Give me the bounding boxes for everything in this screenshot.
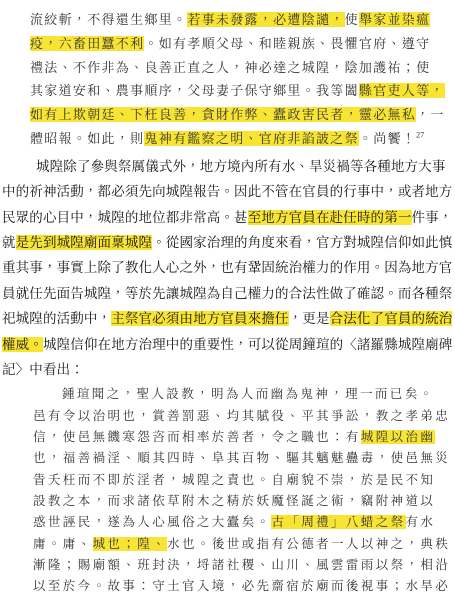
text-segment: 邑有令以治明也，賞善罰惡、均其賦役、平其爭訟，教之孝弟忠 (33, 409, 450, 423)
text-segment: 記〉中看出： (2, 362, 84, 377)
footnote-marker: 27 (416, 131, 424, 140)
text-segment: 也，福善禍淫、順其四時、阜其百物、驅其魑魅蠱毒，使邑無災 (33, 451, 450, 465)
highlighted-text: 古「周禮」八蜡之祭 (271, 515, 405, 529)
text-line: 如有上欺朝廷、下枉良善，貪財作弊、蠹政害民者，靈必無私，一 (30, 103, 429, 127)
text-line: 庸。庸、城也；隍、水也。後世或指有公德者一人以神之，典秩 (33, 534, 441, 555)
text-segment: 使 (345, 12, 359, 27)
text-segment: 城隍除了參與祭厲儀式外，地方境內所有水、旱災禍等各種地方大事 (36, 159, 446, 174)
text-segment: 城隍信仰在地方治理中的重要性，可以從周鐘瑄的〈諸羅縣城隍廟碑 (43, 337, 453, 352)
text-line: 惑世誣民，遂為人心風俗之大蠹矣。古「周禮」八蜡之祭有水 (33, 512, 441, 533)
text-line: 權威。城隍信仰在地方治理中的重要性，可以從周鐘瑄的〈諸羅縣城隍廟碑 (2, 332, 453, 357)
highlighted-text: 合法化了官員的統治 (330, 311, 453, 326)
highlighted-text: 縣官吏人等， (359, 83, 445, 98)
text-line: 民眾的心目中，城隍的地位都非常高。甚至地方官員在赴任時的第一件事， (2, 205, 453, 230)
text-line: 疫，六畜田蠶不利。如有孝順父母、和睦親族、畏懼官府、遵守 (30, 32, 429, 56)
highlighted-text: 主祭官必須由地方官員來擔任 (111, 311, 288, 326)
highlighted-text: 權威。 (2, 337, 43, 352)
text-line: 眚夭枉而不即於淫者，城隍之責也。自廟貌不崇，於是民不知 (33, 470, 441, 491)
text-line: 其家道安和、農事順序，父母妻子保守鄉里。我等闔縣官吏人等， (30, 79, 429, 103)
text-line: 鍾瑄聞之，聖人設教，明為人而幽為鬼神，理一而已矣。 (33, 384, 441, 405)
text-line: 重其事，事實上除了教化人心之外，也有鞏固統治權力的作用。因為地方官 (2, 255, 453, 280)
text-line: 以至於今。故事：守土官入境，必先齋宿於廟而後視事；水旱必 (33, 576, 441, 597)
highlighted-text: 至地方官員在赴任時的第一 (248, 210, 412, 225)
text-segment: 眚夭枉而不即於淫者，城隍之責也。自廟貌不崇，於是民不知 (33, 473, 435, 487)
text-segment: ，一 (416, 107, 445, 122)
highlighted-text: 若事未發露，必遭陰譴， (187, 12, 344, 27)
text-line: 也，福善禍淫、順其四時、阜其百物、驅其魑魅蠱毒，使邑無災 (33, 448, 441, 469)
text-line: 漸隆；賜廟額、班封決，埒諸社稷、山川、風雲雷雨以祭，相沿 (33, 555, 441, 576)
text-segment: 重其事，事實上除了教化人心之外，也有鞏固統治權力的作用。因為地方官 (2, 260, 452, 275)
text-line: 流絞斬，不得還生鄉里。若事未發露，必遭陰譴，使舉家並染瘟 (30, 8, 429, 32)
text-segment: 設教之本，而求諸依草附木之精於妖魔怪誕之術，竊附神道以 (33, 494, 435, 508)
text-line: 記〉中看出： (2, 357, 453, 382)
text-segment: 庸。庸、 (33, 537, 93, 551)
text-segment: 惑世誣民，遂為人心風俗之大蠹矣。 (33, 515, 271, 529)
scanned-book-page: 流絞斬，不得還生鄉里。若事未發露，必遭陰譴，使舉家並染瘟疫，六畜田蠶不利。如有孝… (0, 8, 455, 600)
text-segment: 民眾的心目中，城隍的地位都非常高。甚 (2, 210, 248, 225)
highlighted-text: 城隍以治幽 (361, 430, 436, 444)
text-segment: 體昭報。如此，則 (30, 131, 144, 146)
text-segment: ，更是 (289, 311, 330, 326)
main-paragraph: 城隍除了參與祭厲儀式外，地方境內所有水、旱災禍等各種地方大事中的祈神活動，都必須… (2, 154, 453, 383)
text-segment: 漸隆；賜廟額、班封決，埒諸社稷、山川、風雲雷雨以祭，相沿 (33, 558, 450, 572)
text-line: 設教之本，而求諸依草附木之精於妖魔怪誕之術，竊附神道以 (33, 491, 441, 512)
text-line: 中的祈神活動，都必須先向城隍報告。因此不管在官員的行事中，或者地方 (2, 179, 453, 204)
text-segment: 。如有孝順父母、和睦親族、畏懼官府、遵守 (144, 36, 430, 51)
text-line: 邑有令以治明也，賞善罰惡、均其賦役、平其爭訟，教之孝弟忠 (33, 406, 441, 427)
text-line: 祀城隍的活動中，主祭官必須由地方官員來擔任，更是合法化了官員的統治 (2, 306, 453, 331)
text-line: 體昭報。如此，則鬼神有鑑察之明、官府非諂詖之祭。尚饗！27 (30, 127, 429, 151)
text-segment: 流絞斬，不得還生鄉里。 (30, 12, 187, 27)
text-line: 城隍除了參與祭厲儀式外，地方境內所有水、旱災禍等各種地方大事 (2, 154, 453, 179)
text-line: 信，使邑無饑寒怨咨而相率於善者，令之職也：有城隍以治幽 (33, 427, 441, 448)
highlighted-text: 是先到城隍廟面稟城隍 (16, 235, 153, 250)
highlighted-text: 如有上欺朝廷、下枉良善，貪財作弊、蠹政害民者，靈必無私 (30, 107, 416, 122)
text-segment: 信，使邑無饑寒怨咨而相率於善者，令之職也：有 (33, 430, 361, 444)
text-segment: 件事， (412, 210, 453, 225)
text-segment: 禮法、不作非為、良善正直之人，神必達之城隍，陰加護祐；使 (30, 60, 430, 75)
stele-inscription-quote: 鍾瑄聞之，聖人設教，明為人而幽為鬼神，理一而已矣。邑有令以治明也，賞善罰惡、均其… (33, 384, 441, 597)
text-segment: 祀城隍的活動中， (2, 311, 111, 326)
highlighted-text: 舉家並染瘟 (359, 12, 431, 27)
text-segment: 以至於今。故事：守土官入境，必先齋宿於廟而後視事；水旱必 (33, 579, 450, 593)
text-segment: 水也。後世或指有公德者一人以神之，典秩 (167, 537, 450, 551)
text-segment: 就 (2, 235, 16, 250)
text-segment: 其家道安和、農事順序，父母妻子保守鄉里。我等闔 (30, 83, 359, 98)
highlighted-text: 疫，六畜田蠶不利 (30, 36, 144, 51)
text-segment: 。尚饗！ (359, 131, 416, 146)
text-line: 禮法、不作非為、良善正直之人，神必達之城隍，陰加護祐；使 (30, 56, 429, 80)
text-line: 就是先到城隍廟面稟城隍。從國家治理的角度來看，官方對城隍信仰如此慎 (2, 230, 453, 255)
highlighted-text: 鬼神有鑑察之明、官府非諂詖之祭 (144, 131, 359, 146)
text-segment: 中的祈神活動，都必須先向城隍報告。因此不管在官員的行事中，或者地方 (2, 184, 452, 199)
text-line: 員就任先面告城隍，等於先讓城隍為自己權力的合法性做了確認。而各種祭 (2, 281, 453, 306)
text-segment: 。從國家治理的角度來看，官方對城隍信仰如此慎 (152, 235, 452, 250)
highlighted-text: 城也；隍、 (93, 537, 168, 551)
text-segment: 鍾瑄聞之，聖人設教，明為人而幽為鬼神，理一而已矣。 (62, 387, 435, 401)
quote-continuation-top: 流絞斬，不得還生鄉里。若事未發露，必遭陰譴，使舉家並染瘟疫，六畜田蠶不利。如有孝… (30, 8, 429, 151)
text-segment: 有水 (406, 515, 436, 529)
text-segment: 員就任先面告城隍，等於先讓城隍為自己權力的合法性做了確認。而各種祭 (2, 286, 452, 301)
